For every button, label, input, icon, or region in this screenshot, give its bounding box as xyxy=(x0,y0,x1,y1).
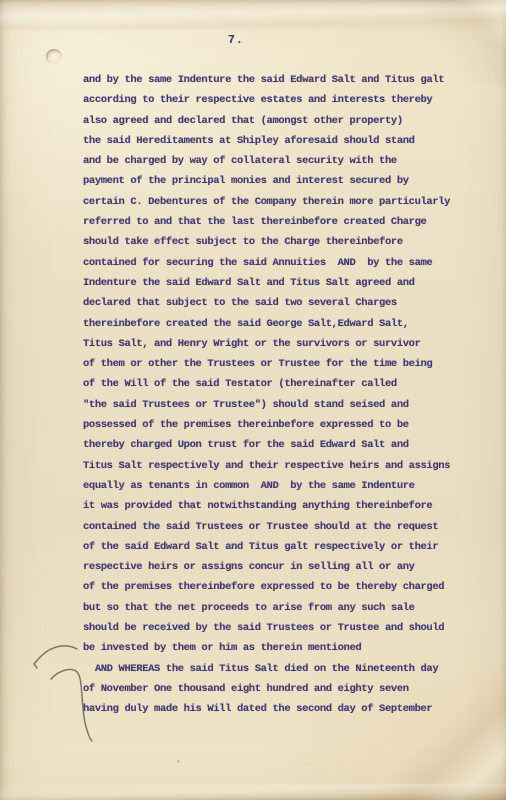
document-line: of them or other the Trustees or Trustee… xyxy=(83,354,450,374)
document-line: "the said Trustees or Trustee") should s… xyxy=(83,395,450,415)
document-line: should be received by the said Trustees … xyxy=(83,618,450,638)
document-line: the said Hereditaments at Shipley afores… xyxy=(83,131,450,151)
paper-blemish xyxy=(46,49,62,64)
document-line: Titus Salt, and Henry Wright or the surv… xyxy=(83,334,450,354)
paper-crease-bottom-edge xyxy=(0,784,506,800)
document-line: also agreed and declared that (amongst o… xyxy=(83,111,450,131)
document-lines: and by the same Indenture the said Edwar… xyxy=(83,70,450,720)
document-line: AND WHEREAS the said Titus Salt died on … xyxy=(83,659,450,679)
document-line: Titus Salt respectively and their respec… xyxy=(83,456,450,476)
pencil-stroke-upper xyxy=(34,646,77,668)
document-line: thereby charged Upon trust for the said … xyxy=(83,435,450,455)
document-line: payment of the principal monies and inte… xyxy=(83,171,450,191)
document-line: declared that subject to the said two se… xyxy=(83,293,450,313)
document-text: and by the same Indenture the said Edwar… xyxy=(83,70,450,720)
document-line: of the said Edward Salt and Titus galt r… xyxy=(83,537,450,557)
paper-speck xyxy=(177,760,180,763)
document-line: it was provided that notwithstanding any… xyxy=(83,496,450,516)
document-line: referred to and that the last thereinbef… xyxy=(83,212,450,232)
document-line: and by the same Indenture the said Edwar… xyxy=(83,70,450,90)
document-line: thereinbefore created the said George Sa… xyxy=(83,314,450,334)
document-line: of the premises thereinbefore expressed … xyxy=(83,577,450,597)
document-line: Indenture the said Edward Salt and Titus… xyxy=(83,273,450,293)
document-line: equally as tenants in common AND by the … xyxy=(83,476,450,496)
document-line: according to their respective estates an… xyxy=(83,90,450,110)
document-line: and be charged by way of collateral secu… xyxy=(83,151,450,171)
document-line: having duly made his Will dated the seco… xyxy=(83,699,450,719)
document-line: of November One thousand eight hundred a… xyxy=(83,679,450,699)
scanned-page: 7. and by the same Indenture the said Ed… xyxy=(0,0,506,800)
document-line: possessed of the premises thereinbefore … xyxy=(83,415,450,435)
document-line: contained for securing the said Annuitie… xyxy=(83,253,450,273)
document-line: be invested by them or him as therein me… xyxy=(83,638,450,658)
document-line: certain C. Debentures of the Company the… xyxy=(83,192,450,212)
document-line: of the Will of the said Testator (therei… xyxy=(83,374,450,394)
document-line: respective heirs or assigns concur in se… xyxy=(83,557,450,577)
page-number: 7. xyxy=(228,34,244,47)
document-line: contained the said Trustees or Trustee s… xyxy=(83,517,450,537)
document-line: but so that the net proceeds to arise fr… xyxy=(83,598,450,618)
document-line: should take effect subject to the Charge… xyxy=(83,232,450,252)
paper-crease-top xyxy=(0,0,506,30)
